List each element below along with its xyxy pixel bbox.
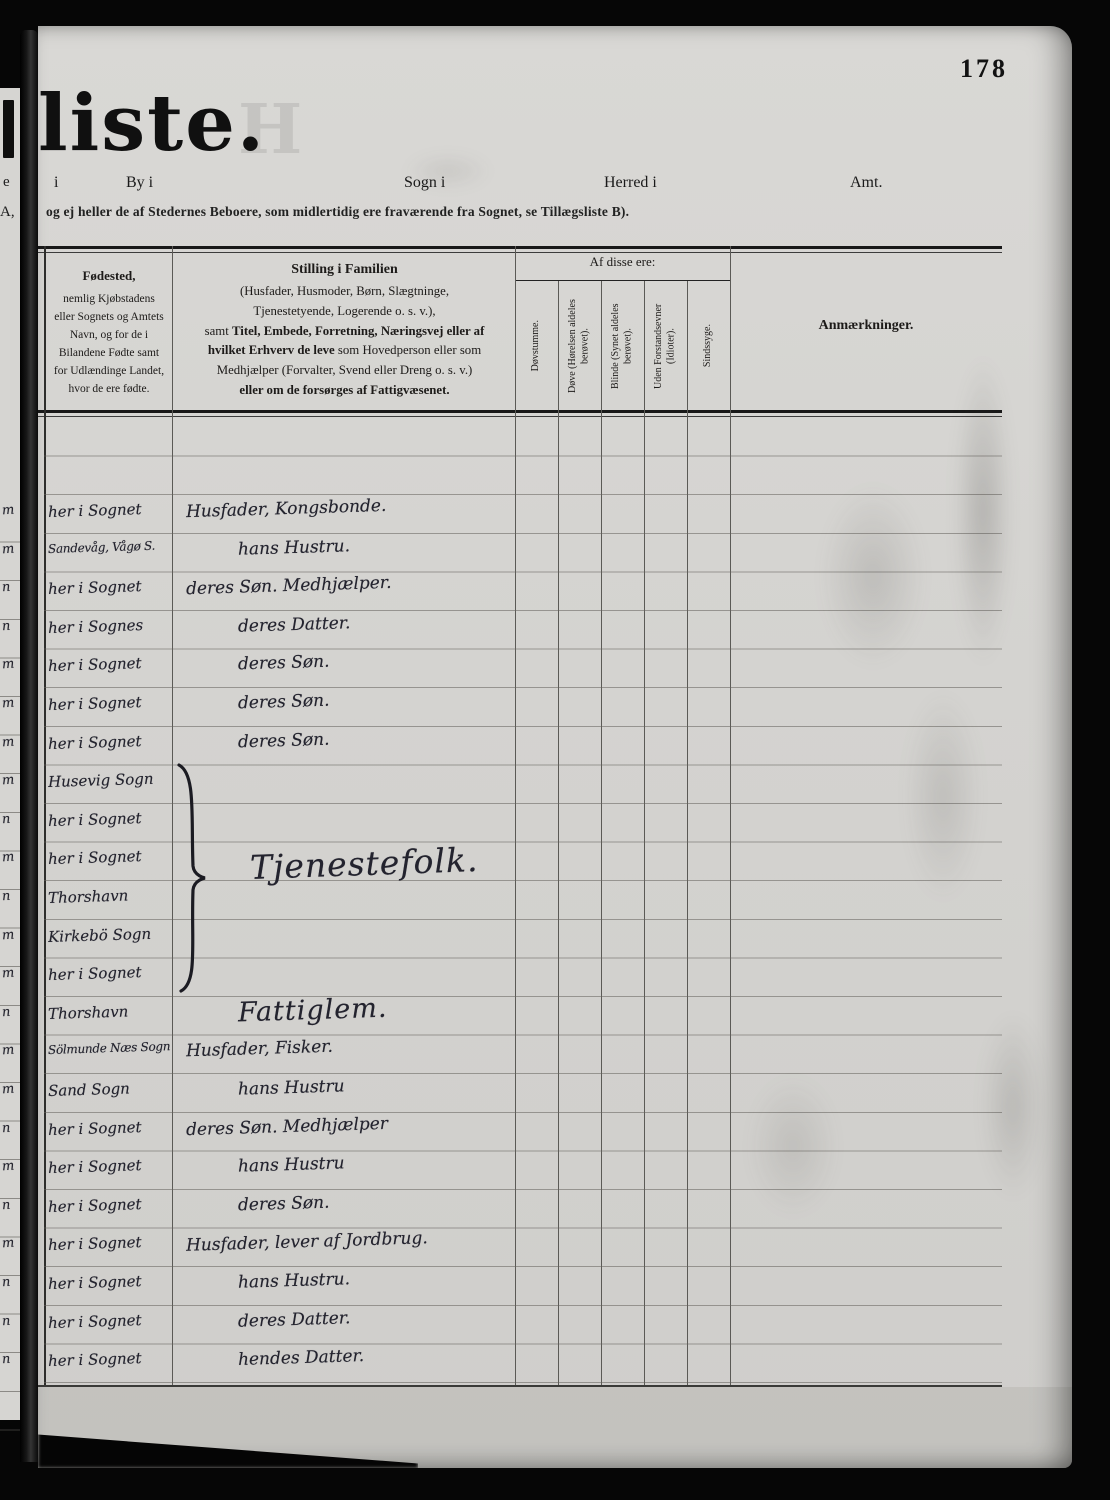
vertical-column-label: Blinde (Synet aldeles berøvet).: [610, 287, 635, 405]
vertical-column: Døve (Hørelsen aldeles berøvet).: [558, 286, 601, 406]
vertical-column: Døvstumme.: [515, 286, 558, 406]
margin-fragment: n: [1, 619, 10, 635]
margin-fragment: m: [1, 850, 14, 866]
margin-fragment: n: [1, 1352, 10, 1368]
table-top-border: [38, 246, 1002, 249]
margin-fragment: n: [1, 1198, 10, 1214]
margin-fragment: m: [1, 1159, 14, 1175]
margin-fragment: m: [1, 1236, 14, 1252]
field-label-by: By i: [126, 174, 153, 192]
left-page-sliver: e A,: [0, 88, 20, 1420]
header-bottom-border-thin: [38, 416, 1002, 417]
position-text: hendes Datter.: [238, 1346, 365, 1370]
margin-fragment: m: [1, 734, 14, 750]
position-text: deres Søn.: [238, 691, 330, 714]
position-text: hans Hustru.: [238, 1269, 351, 1293]
margin-fragment: n: [1, 1120, 10, 1136]
margin-fragment: m: [1, 696, 14, 712]
col-birthplace-header-line: for Udlændinge Landet,: [46, 362, 172, 380]
birthplace-text: her i Sognes: [48, 615, 177, 637]
position-text: deres Datter.: [238, 1308, 351, 1332]
vertical-column-label: Døvstumme.: [530, 320, 543, 371]
margin-fragment: m: [1, 773, 14, 789]
title-watermark: H: [238, 90, 302, 170]
header-segment: eller om de forsørges af Fattigvæsenet.: [239, 383, 449, 397]
col-position-header-line: Medhjælper (Forvalter, Svend eller Dreng…: [176, 361, 513, 381]
header-segment: hvilket Erhverv de leve: [208, 343, 335, 357]
birthplace-text: her i Sognet: [48, 808, 177, 830]
header-segment: (Husfader, Husmoder, Børn, Slægtninge,: [240, 284, 449, 298]
margin-fragment: m: [1, 1082, 14, 1098]
bleedthrough-blob: [968, 976, 1058, 1236]
header-segment: Medhjælper (Forvalter, Svend eller Dreng…: [217, 363, 473, 377]
header-segment: Tjenestetyende, Logerende o. s. v.),: [253, 304, 435, 318]
col-birthplace-header-line: nemlig Kjøbstadens: [46, 290, 172, 308]
col-position-header-line: eller om de forsørges af Fattigvæsenet.: [176, 381, 513, 401]
col-birthplace-header: Fødested, nemlig Kjøbstadenseller Sognet…: [46, 266, 172, 398]
col-birthplace-header-line: Navn, og for de i: [46, 326, 172, 344]
margin-fragment: m: [1, 657, 14, 673]
header-bottom-border: [38, 410, 1002, 413]
scan-background: e A, mmnnmmmmnmnmmnmmnmnmnnn 178 liste. …: [0, 0, 1110, 1500]
field-label-amt: Amt.: [850, 174, 882, 192]
vertical-column-label: Uden Forstandsevner (Idioter).: [653, 287, 678, 405]
header-segment: som Hovedperson eller som: [335, 343, 481, 357]
col-position-header-line: hvilket Erhverv de leve som Hovedperson …: [176, 341, 513, 361]
edge-fragment: e: [3, 174, 10, 191]
group-header-underline: [515, 280, 730, 281]
col-position-header-title: Stilling i Familien: [176, 262, 513, 278]
vertical-column-label: Døve (Hørelsen aldeles berøvet).: [567, 287, 592, 405]
col-birthplace-header-line: hvor de ere fødte.: [46, 380, 172, 398]
bleedthrough-blob: [388, 146, 508, 196]
birthplace-text: Kirkebö Sogn: [48, 924, 177, 946]
margin-fragment: m: [1, 1043, 14, 1059]
col-birthplace-header-line: eller Sognets og Amtets: [46, 308, 172, 326]
bleedthrough-blob: [728, 1046, 858, 1246]
col-position-header-line: Tjenestetyende, Logerende o. s. v.),: [176, 302, 513, 322]
binding-gutter: [20, 30, 38, 1462]
position-text: Fattiglem.: [238, 992, 388, 1028]
col-position-header: Stilling i Familien (Husfader, Husmoder,…: [176, 262, 513, 401]
position-text: deres Datter.: [238, 613, 351, 637]
vertical-column-label: Sindssyge.: [702, 324, 715, 367]
field-label-i: i: [54, 174, 58, 192]
margin-fragment: m: [1, 927, 14, 943]
birthplace-text: her i Sognet: [48, 731, 177, 753]
margin-fragment: n: [1, 812, 10, 828]
header-segment: Titel, Embede, Forretning, Næringsvej el…: [232, 324, 484, 338]
group-label: Tjenestefolk.: [249, 840, 479, 887]
margin-fragment: n: [1, 889, 10, 905]
margin-fragment: n: [1, 1313, 10, 1329]
page-title: liste.: [38, 78, 266, 169]
margin-fragment: n: [1, 1005, 10, 1021]
vertical-column: Uden Forstandsevner (Idioter).: [644, 286, 687, 406]
position-text: deres Søn.: [238, 652, 330, 675]
position-text: deres Søn.: [238, 729, 330, 752]
document-page: 178 liste. H i By i Sogn i Herred i Amt.…: [38, 26, 1072, 1468]
bleedthrough-blob: [888, 646, 998, 946]
group-header: Af disse ere:: [515, 254, 730, 270]
edge-fragment: A,: [0, 204, 15, 221]
margin-fragment: m: [1, 966, 14, 982]
position-text: hans Hustru: [238, 1076, 345, 1099]
birthplace-text: her i Sognet: [48, 1310, 177, 1332]
table-top-border-thin: [38, 252, 1002, 253]
vertical-column: Blinde (Synet aldeles berøvet).: [601, 286, 644, 406]
col-position-header-line: samt Titel, Embede, Forretning, Næringsv…: [176, 322, 513, 342]
vertical-column: Sindssyge.: [687, 286, 730, 406]
birthplace-text: her i Sognet: [48, 1117, 177, 1139]
margin-fragment: m: [1, 503, 14, 519]
position-text: deres Søn.: [238, 1192, 330, 1215]
group-brace: [176, 762, 210, 994]
margin-fragment: n: [1, 1275, 10, 1291]
header-segment: samt: [205, 324, 232, 338]
col-birthplace-header-line: Bilandene Fødte samt: [46, 344, 172, 362]
margin-fragment: m: [1, 541, 14, 557]
field-label-herred: Herred i: [604, 174, 657, 192]
position-text: hans Hustru: [238, 1154, 345, 1177]
note-line: og ej heller de af Stedernes Beboere, so…: [46, 204, 629, 220]
birthplace-text: her i Sognet: [48, 1194, 177, 1216]
birthplace-text: Thorshavn: [48, 1001, 177, 1023]
position-text: hans Hustru.: [238, 536, 351, 560]
margin-fragment: n: [1, 580, 10, 596]
cut-letter-fragment: [3, 100, 14, 158]
col-birthplace-header-title: Fødested,: [46, 266, 172, 287]
col-position-header-line: (Husfader, Husmoder, Børn, Slægtninge,: [176, 282, 513, 302]
page-number: 178: [960, 54, 1008, 84]
